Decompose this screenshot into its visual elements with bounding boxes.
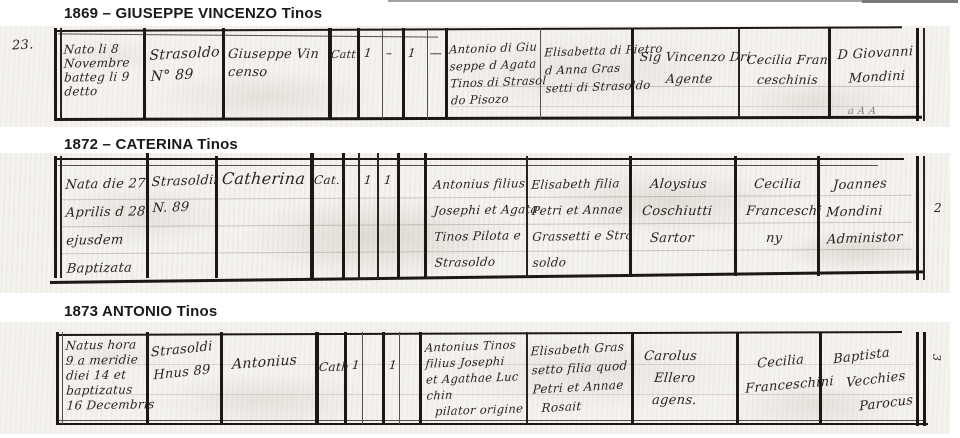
cell-legitimate-mark: 1 bbox=[364, 46, 372, 60]
table-vline bbox=[738, 28, 740, 119]
table-vline bbox=[143, 28, 146, 119]
handwritten-line: N° 89 bbox=[150, 63, 221, 88]
handwritten-line: 1 bbox=[388, 358, 397, 372]
table-vline bbox=[923, 332, 926, 426]
margin-record-number: 23. bbox=[12, 37, 34, 53]
cell-mother: Elisabetta di Pietrod Anna Grassetti di … bbox=[544, 41, 630, 98]
handwritten-line: Aloysius bbox=[649, 171, 733, 198]
handwritten-line: Cecilia Fran bbox=[746, 50, 828, 70]
handwritten-line: Petri et Annae bbox=[531, 196, 629, 224]
table-vline bbox=[62, 332, 63, 424]
table-vline bbox=[734, 156, 737, 276]
table-vline bbox=[382, 28, 383, 119]
table-hline bbox=[56, 423, 928, 425]
handwritten-line: Agente bbox=[665, 68, 737, 90]
table-vline bbox=[629, 156, 632, 277]
scan-strip-1869: 23. Nato li 8Novembrebatteg li 9detto St… bbox=[0, 26, 950, 127]
cell-godfather: AloysiusCoschiuttiSartor bbox=[642, 171, 732, 252]
table-vline bbox=[526, 332, 528, 424]
handwritten-line: Sig Vincenzo Dri bbox=[639, 46, 737, 68]
cell-father: Antonio di Giuseppe d AgataTinos di Stra… bbox=[449, 38, 539, 109]
handwritten-line: Nata die 27 bbox=[64, 170, 146, 199]
table-vline bbox=[916, 156, 919, 280]
table-vline bbox=[424, 153, 427, 279]
heading-1873-antonio: 1873 ANTONIO Tinos bbox=[64, 303, 217, 320]
cell-legitimate-mark: 1 bbox=[364, 173, 372, 187]
cell-father: Antonius filiusJosephi et AgataTinos Pil… bbox=[433, 170, 527, 276]
handwritten-line: Giuseppe Vin bbox=[227, 46, 325, 64]
handwritten-line: Cecilia bbox=[753, 171, 819, 198]
handwritten-line: Grassetti e Stra bbox=[531, 222, 629, 250]
handwritten-line: a A A bbox=[848, 106, 877, 117]
handwritten-line: setti di Strasoldo bbox=[545, 77, 630, 98]
handwritten-line: — bbox=[429, 46, 443, 60]
table-vline bbox=[222, 28, 225, 119]
table-vline bbox=[631, 332, 634, 424]
table-vline bbox=[362, 332, 363, 424]
handwritten-line: Strasoldo bbox=[434, 248, 528, 276]
table-vline bbox=[220, 332, 223, 424]
margin-page-number: 3 bbox=[930, 354, 943, 361]
handwritten-line: Ellero bbox=[653, 368, 733, 390]
handwritten-line: Cat. bbox=[313, 173, 341, 187]
handwritten-line: N. 89 bbox=[152, 194, 217, 222]
handwritten-line: Elisabeth filia bbox=[530, 170, 628, 198]
handwritten-line: 16 Decembris bbox=[66, 397, 145, 413]
handwritten-line: Antonius bbox=[232, 351, 312, 373]
scan-strip-1872: Nata die 27Aprilis d 28ejusdemBaptizata … bbox=[0, 153, 950, 293]
table-vline bbox=[344, 332, 347, 424]
handwritten-line: Mondini bbox=[825, 196, 914, 226]
handwritten-line: ny bbox=[765, 225, 819, 252]
table-vline bbox=[397, 153, 400, 279]
cell-godmother: Cecilia Franceschinis bbox=[747, 50, 827, 90]
handwritten-line: 1 bbox=[363, 46, 372, 60]
cell-birth-date: Nata die 27Aprilis d 28ejusdemBaptizata bbox=[65, 170, 147, 283]
handwritten-line: Nato li 8 bbox=[63, 41, 140, 56]
cell-father: Antonius Tinosfilius Josephiet Agathae L… bbox=[425, 336, 524, 419]
cell-birth-date: Natus hora9 a meridiediei 14 etbaptizatu… bbox=[65, 337, 144, 413]
cell-house: StrasoldiiN. 89 bbox=[151, 168, 217, 222]
table-vline bbox=[54, 28, 57, 119]
cell-sex-mark: 1 bbox=[408, 46, 416, 60]
cell-priest: BaptistaVecchiesParocus bbox=[832, 337, 925, 422]
table-vline bbox=[923, 156, 925, 280]
table-hline bbox=[58, 165, 878, 166]
table-vline bbox=[828, 28, 831, 119]
table-vline bbox=[736, 332, 739, 424]
table-vline bbox=[60, 28, 62, 119]
handwritten-line: Carolus bbox=[643, 346, 733, 368]
table-hline bbox=[54, 116, 922, 121]
handwritten-line: detto bbox=[64, 83, 141, 98]
cell-sex-mark: — bbox=[430, 46, 442, 60]
table-vline bbox=[358, 153, 360, 279]
table-vline bbox=[427, 28, 428, 119]
table-hline bbox=[58, 33, 438, 37]
handwritten-line: 1 bbox=[351, 358, 360, 372]
handwritten-line: Catt bbox=[330, 48, 356, 61]
handwritten-line: – bbox=[385, 46, 393, 60]
handwritten-line: Natus hora bbox=[65, 337, 144, 353]
handwritten-line: Tinos Pilota e bbox=[433, 222, 527, 250]
cell-legitimate-mark: 1 bbox=[352, 358, 360, 372]
handwritten-line: Josephi et Agata bbox=[433, 196, 527, 224]
cell-religion: Catt bbox=[331, 48, 356, 61]
handwritten-line: Cath bbox=[318, 360, 344, 374]
table-vline bbox=[419, 332, 422, 424]
table-hline bbox=[54, 158, 904, 160]
handwritten-line: Joannes bbox=[832, 169, 913, 199]
handwritten-line: batteg li 9 bbox=[64, 69, 141, 84]
table-vline bbox=[60, 156, 62, 278]
cell-house: StrasoldoN° 89 bbox=[149, 42, 221, 88]
cell-godmother: CeciliaFranceschiny bbox=[746, 171, 818, 252]
margin-page-number: 2 bbox=[934, 201, 942, 215]
handwritten-line: 9 a meridie bbox=[65, 352, 144, 368]
handwritten-line: Administor bbox=[826, 223, 915, 253]
handwritten-line: diei 14 et bbox=[65, 367, 144, 383]
table-hline bbox=[54, 26, 902, 32]
cell-child-name: Catherina bbox=[222, 169, 312, 188]
table-vline bbox=[445, 28, 448, 119]
handwritten-line: 1 bbox=[383, 173, 392, 187]
cell-child-name: Giuseppe Vincenso bbox=[228, 46, 324, 82]
table-vline bbox=[923, 28, 925, 121]
cell-sex-mark: 1 bbox=[389, 358, 397, 372]
handwritten-line: 1 bbox=[363, 173, 372, 187]
handwritten-line: 1 bbox=[407, 46, 416, 60]
handwritten-line: Catherina bbox=[221, 169, 313, 188]
handwritten-line: soldo bbox=[532, 248, 630, 276]
handwritten-line: baptizatus bbox=[66, 382, 145, 398]
handwritten-line: pilator origine bbox=[435, 400, 524, 419]
handwritten-line: Baptizata bbox=[66, 254, 148, 283]
handwritten-line: agens. bbox=[651, 390, 733, 412]
table-vline bbox=[399, 332, 400, 424]
table-vline bbox=[328, 28, 332, 119]
table-hline bbox=[56, 331, 902, 336]
cell-illegitimate-mark: – bbox=[386, 46, 392, 60]
table-vline bbox=[382, 332, 385, 424]
cell-priest: JoannesMondiniAdministor bbox=[825, 169, 916, 253]
table-vline bbox=[54, 156, 57, 278]
cell-godfather: CarolusElleroagens. bbox=[644, 346, 732, 412]
cell-priest: D GiovanniMondini bbox=[837, 40, 919, 92]
cell-mother: Elisabeth filiaPetri et AnnaeGrassetti e… bbox=[531, 170, 629, 276]
table-vline bbox=[315, 332, 319, 424]
document-page: 1869 – GIUSEPPE VINCENZO Tinos 23. Nato … bbox=[0, 0, 960, 438]
cell-religion: Cath bbox=[319, 360, 344, 374]
cell-religion: Cat. bbox=[314, 173, 341, 187]
cell-godfather: Sig Vincenzo DriAgente bbox=[640, 46, 736, 90]
handwritten-line: Novembre bbox=[63, 55, 140, 70]
table-hline bbox=[56, 420, 926, 421]
cell-sex-mark: 1 bbox=[384, 173, 392, 187]
handwritten-line: ceschinis bbox=[756, 70, 828, 90]
table-vline bbox=[357, 28, 360, 119]
handwritten-line: Strasoldii bbox=[151, 168, 216, 196]
handwritten-line: Coschiutti bbox=[641, 198, 733, 225]
handwritten-line: censo bbox=[227, 64, 325, 82]
scan-edge-artifact bbox=[862, 0, 958, 3]
cell-godmother: CeciliaFranceschini bbox=[742, 346, 832, 401]
cell-next-row-fragment: a A A bbox=[848, 106, 876, 117]
table-vline bbox=[377, 153, 379, 279]
table-vline bbox=[402, 28, 405, 119]
handwritten-line: Franceschi bbox=[745, 198, 819, 225]
handwritten-line: Sartor bbox=[649, 225, 733, 252]
table-vline bbox=[342, 153, 345, 279]
handwritten-line: Mondini bbox=[848, 64, 919, 92]
handwritten-line: Aprilis d 28 bbox=[65, 198, 147, 227]
handwritten-line: do Pisozo bbox=[450, 89, 539, 109]
table-vline bbox=[56, 332, 59, 424]
cell-birth-date: Nato li 8Novembrebatteg li 9detto bbox=[64, 41, 141, 98]
handwritten-line: Rosait bbox=[541, 394, 630, 418]
cell-house: StrasoldiHnus 89 bbox=[150, 335, 220, 388]
scan-strip-1873: Natus hora9 a meridiediei 14 etbaptizatu… bbox=[0, 322, 950, 434]
cell-child-name: Antonius bbox=[232, 351, 313, 373]
cell-mother: Elisabeth Grassetto filia quodPetri et A… bbox=[530, 338, 630, 419]
heading-1869-giuseppe-vincenzo: 1869 – GIUSEPPE VINCENZO Tinos bbox=[64, 5, 322, 22]
heading-1872-caterina: 1872 – CATERINA Tinos bbox=[64, 136, 238, 153]
handwritten-line: ejusdem bbox=[65, 226, 147, 255]
handwritten-line: Antonius filius bbox=[432, 170, 526, 198]
